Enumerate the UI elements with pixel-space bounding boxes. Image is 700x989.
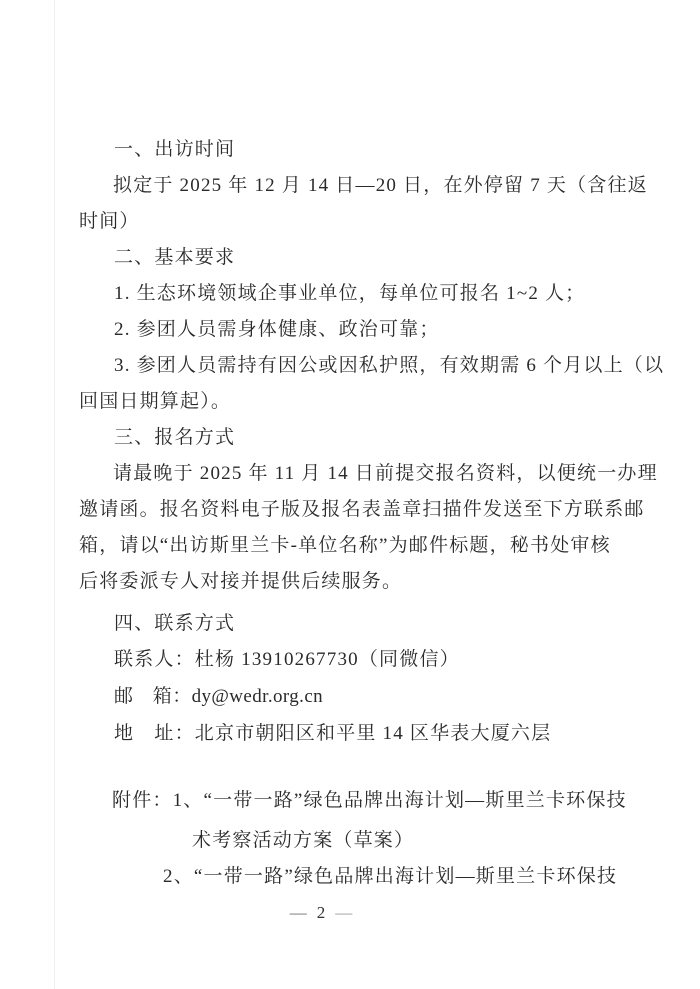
document-page: 一、出访时间 拟定于 2025 年 12 月 14 日—20 日，在外停留 7 …	[0, 0, 700, 989]
page-number-dash-right: —	[335, 903, 354, 922]
section-1-body-line-1: 拟定于 2025 年 12 月 14 日—20 日，在外停留 7 天（含往返	[113, 175, 648, 197]
section-2-item-1: 1. 生态环境领域企事业单位，每单位可报名 1~2 人；	[114, 283, 585, 305]
section-1-heading: 一、出访时间	[114, 139, 235, 161]
section-1-body-line-2: 时间）	[79, 211, 140, 233]
attachment-1-line-2: 术考察活动方案（草案）	[192, 830, 414, 852]
attachment-1-line-1: 附件：1、“一带一路”绿色品牌出海计划—斯里兰卡环保技	[112, 790, 627, 812]
contact-address-line: 地 址：北京市朝阳区和平里 14 区华表大厦六层	[114, 723, 551, 745]
section-3-body-line-2: 邀请函。报名资料电子版及报名表盖章扫描件发送至下方联系邮	[79, 499, 645, 521]
page-number-value: 2	[309, 903, 336, 922]
section-2-item-3-line-1: 3. 参团人员需持有因公或因私护照，有效期需 6 个月以上（以	[114, 355, 664, 377]
section-2-item-3-line-2: 回国日期算起）。	[79, 391, 231, 413]
section-3-body-line-3: 箱，请以“出访斯里兰卡-单位名称”为邮件标题，秘书处审核	[79, 535, 611, 557]
scan-edge-artifact	[54, 0, 55, 989]
contact-person-line: 联系人：杜杨 13910267730（同微信）	[114, 649, 460, 671]
contact-email-line: 邮 箱：dy@wedr.org.cn	[114, 686, 323, 708]
section-3-body-line-4: 后将委派专人对接并提供后续服务。	[79, 571, 402, 593]
section-2-heading: 二、基本要求	[114, 247, 235, 269]
section-3-body-line-1: 请最晚于 2025 年 11 月 14 日前提交报名资料，以便统一办理	[113, 463, 658, 485]
attachment-2-line-1: 2、“一带一路”绿色品牌出海计划—斯里兰卡环保技	[163, 866, 617, 888]
section-4-heading: 四、联系方式	[114, 613, 235, 635]
page-number: —2—	[0, 903, 644, 923]
page-number-dash-left: —	[290, 903, 309, 922]
section-2-item-2: 2. 参团人员需身体健康、政治可靠；	[114, 319, 440, 341]
section-3-heading: 三、报名方式	[114, 427, 235, 449]
